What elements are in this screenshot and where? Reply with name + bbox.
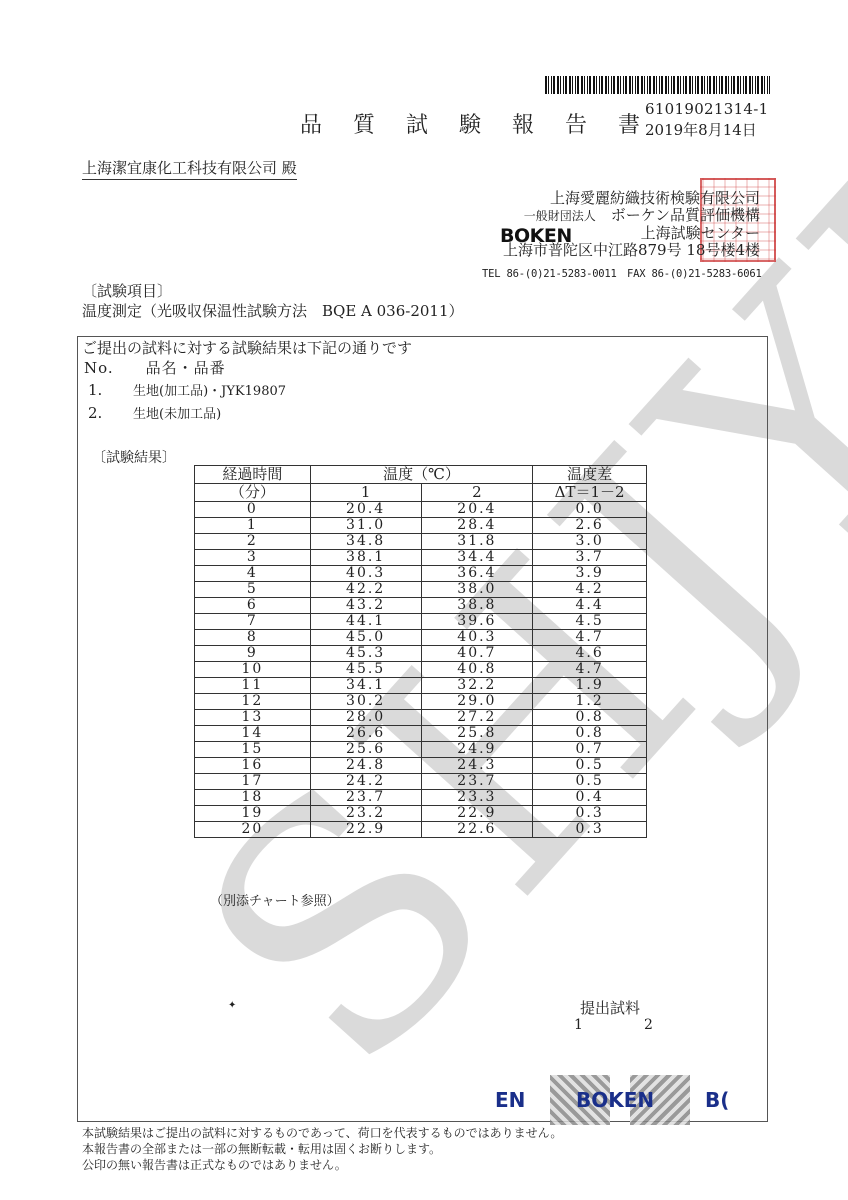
sample-name: 生地(加工品)・JYK19807 [133,384,286,399]
temp-diff: 1.9 [533,678,647,694]
temp-diff: 4.6 [533,646,647,662]
temp-sample-2: 22.6 [421,822,533,838]
sample-number-1: 1 [574,1017,644,1033]
table-row: 744.139.64.5 [195,614,647,630]
elapsed-minutes: 2 [195,534,311,550]
temp-sample-1: 26.6 [310,726,421,742]
temp-sample-2: 20.4 [421,502,533,518]
elapsed-minutes: 12 [195,694,311,710]
barcode [545,76,770,94]
table-row: 1923.222.90.3 [195,806,647,822]
temp-diff: 0.4 [533,790,647,806]
seal-tape-text: B( [705,1088,729,1112]
temp-diff: 0.7 [533,742,647,758]
disclaimer-line: 本報告書の全部または一部の無断転載・転用は固くお断りします。 [82,1142,441,1157]
temp-sample-1: 24.2 [310,774,421,790]
temp-sample-2: 23.7 [421,774,533,790]
table-row: 2022.922.60.3 [195,822,647,838]
table-row: 1045.540.84.7 [195,662,647,678]
speck: ✦ [228,1000,236,1011]
report-number: 61019021314-1 [645,100,769,118]
temp-diff: 3.7 [533,550,647,566]
table-row: 643.238.84.4 [195,598,647,614]
table-row: 1525.624.90.7 [195,742,647,758]
temp-sample-2: 39.6 [421,614,533,630]
issuer-org: 一般財団法人 ボーケン品質評価機構 [503,207,760,225]
temp-sample-1: 28.0 [310,710,421,726]
temp-sample-1: 22.9 [310,822,421,838]
results-intro: ご提出の試料に対する試験結果は下記の通りです [82,337,412,358]
temp-sample-1: 23.2 [310,806,421,822]
elapsed-minutes: 16 [195,758,311,774]
temp-sample-1: 45.3 [310,646,421,662]
report-date: 2019年8月14日 [645,119,757,140]
temp-diff: 3.9 [533,566,647,582]
temp-diff: 4.2 [533,582,647,598]
temp-sample-1: 43.2 [310,598,421,614]
temp-sample-2: 32.2 [421,678,533,694]
temp-diff: 0.8 [533,710,647,726]
sample-item: 2.生地(未加工品) [88,403,221,422]
issuer-name: 上海愛麗紡織技術検験有限公司 [503,190,760,207]
issuer-contact: TEL 86-(0)21-5283-0011 FAX 86-(0)21-5283… [482,266,762,281]
table-row: 845.040.34.7 [195,630,647,646]
table-row: 542.238.04.2 [195,582,647,598]
elapsed-minutes: 8 [195,630,311,646]
temp-diff: 0.5 [533,758,647,774]
temp-sample-2: 38.8 [421,598,533,614]
test-method: 温度測定（光吸収保温性試験方法 BQE A 036-2011） [82,300,464,321]
temp-diff: 4.5 [533,614,647,630]
temp-sample-1: 25.6 [310,742,421,758]
temp-diff: 0.8 [533,726,647,742]
elapsed-minutes: 13 [195,710,311,726]
table-row: 020.420.40.0 [195,502,647,518]
table-row: 1724.223.70.5 [195,774,647,790]
temp-sample-1: 30.2 [310,694,421,710]
temp-sample-1: 24.8 [310,758,421,774]
temp-sample-1: 38.1 [310,550,421,566]
header-time-unit: （分） [195,484,311,502]
temp-diff: 2.6 [533,518,647,534]
elapsed-minutes: 18 [195,790,311,806]
results-table: 経過時間 温度（℃） 温度差 （分） 1 2 ΔT＝1－2 020.420.40… [194,465,647,838]
temp-sample-1: 44.1 [310,614,421,630]
temp-sample-2: 25.8 [421,726,533,742]
elapsed-minutes: 19 [195,806,311,822]
seal-tape-text: BOKEN [576,1088,654,1112]
temp-sample-2: 27.2 [421,710,533,726]
table-row: 234.831.83.0 [195,534,647,550]
temp-sample-2: 40.7 [421,646,533,662]
elapsed-minutes: 3 [195,550,311,566]
results-body: 020.420.40.0131.028.42.6234.831.83.0338.… [195,502,647,838]
temp-sample-2: 40.3 [421,630,533,646]
table-row: 1823.723.30.4 [195,790,647,806]
temp-diff: 4.4 [533,598,647,614]
temp-sample-1: 45.0 [310,630,421,646]
client-name: 上海潔宜康化工科技有限公司 殿 [82,157,297,180]
temp-sample-2: 38.0 [421,582,533,598]
temp-diff: 4.7 [533,630,647,646]
table-row: 1328.027.20.8 [195,710,647,726]
temp-sample-2: 31.8 [421,534,533,550]
test-item-label: 〔試験項目〕 [82,280,172,301]
temp-sample-1: 20.4 [310,502,421,518]
elapsed-minutes: 15 [195,742,311,758]
temp-sample-1: 23.7 [310,790,421,806]
elapsed-minutes: 17 [195,774,311,790]
temp-sample-2: 24.3 [421,758,533,774]
submitted-samples-label: 提出試料 [580,997,640,1018]
table-row: 1230.229.01.2 [195,694,647,710]
header-sample-1: 1 [310,484,421,502]
temp-diff: 0.3 [533,806,647,822]
table-row: 440.336.43.9 [195,566,647,582]
header-diff: 温度差 [533,466,647,484]
temp-diff: 0.0 [533,502,647,518]
elapsed-minutes: 9 [195,646,311,662]
temp-sample-1: 34.8 [310,534,421,550]
temp-sample-2: 29.0 [421,694,533,710]
header-diff-formula: ΔT＝1－2 [533,484,647,502]
elapsed-minutes: 14 [195,726,311,742]
temp-sample-2: 22.9 [421,806,533,822]
elapsed-minutes: 6 [195,598,311,614]
elapsed-minutes: 10 [195,662,311,678]
table-row: 945.340.74.6 [195,646,647,662]
temp-diff: 4.7 [533,662,647,678]
temp-sample-1: 31.0 [310,518,421,534]
chart-reference-note: （別添チャート参照） [210,890,340,909]
elapsed-minutes: 20 [195,822,311,838]
elapsed-minutes: 1 [195,518,311,534]
temp-diff: 0.3 [533,822,647,838]
temp-sample-2: 23.3 [421,790,533,806]
document-title: 品 質 試 験 報 告 書 [300,108,652,139]
sample-name: 生地(未加工品) [133,407,221,422]
header-sample-2: 2 [421,484,533,502]
temp-sample-1: 40.3 [310,566,421,582]
table-row: 1134.132.21.9 [195,678,647,694]
header-temperature: 温度（℃） [310,466,533,484]
elapsed-minutes: 5 [195,582,311,598]
issuer-org-name: ボーケン品質評価機構 [611,206,760,224]
submitted-sample-numbers: 12 [574,1017,714,1033]
table-row: 131.028.42.6 [195,518,647,534]
results-label: 〔試験結果〕 [92,447,176,467]
sample-number: 1. [88,381,133,399]
temp-sample-2: 40.8 [421,662,533,678]
header-time: 経過時間 [195,466,311,484]
disclaimer-line: 本試験結果はご提出の試料に対するものであって、荷口を代表するものではありません。 [82,1126,562,1141]
sample-list-header: No. 品名・品番 [84,357,226,378]
table-row: 338.134.43.7 [195,550,647,566]
seal-tape-text: EN [495,1088,525,1112]
elapsed-minutes: 11 [195,678,311,694]
sample-item: 1.生地(加工品)・JYK19807 [88,380,286,399]
temp-sample-1: 34.1 [310,678,421,694]
temp-sample-1: 45.5 [310,662,421,678]
temp-sample-2: 36.4 [421,566,533,582]
temp-sample-2: 28.4 [421,518,533,534]
temp-sample-2: 34.4 [421,550,533,566]
temp-diff: 3.0 [533,534,647,550]
boken-logo: BOKEN [500,225,572,247]
temp-diff: 1.2 [533,694,647,710]
sample-number: 2. [88,404,133,422]
elapsed-minutes: 7 [195,614,311,630]
sample-number-2: 2 [644,1017,714,1033]
temp-sample-1: 42.2 [310,582,421,598]
temp-sample-2: 24.9 [421,742,533,758]
disclaimer-line: 公印の無い報告書は正式なものではありません。 [82,1158,347,1173]
elapsed-minutes: 4 [195,566,311,582]
table-row: 1624.824.30.5 [195,758,647,774]
table-row: 1426.625.80.8 [195,726,647,742]
elapsed-minutes: 0 [195,502,311,518]
issuer-org-prefix: 一般財団法人 [524,209,596,223]
temp-diff: 0.5 [533,774,647,790]
